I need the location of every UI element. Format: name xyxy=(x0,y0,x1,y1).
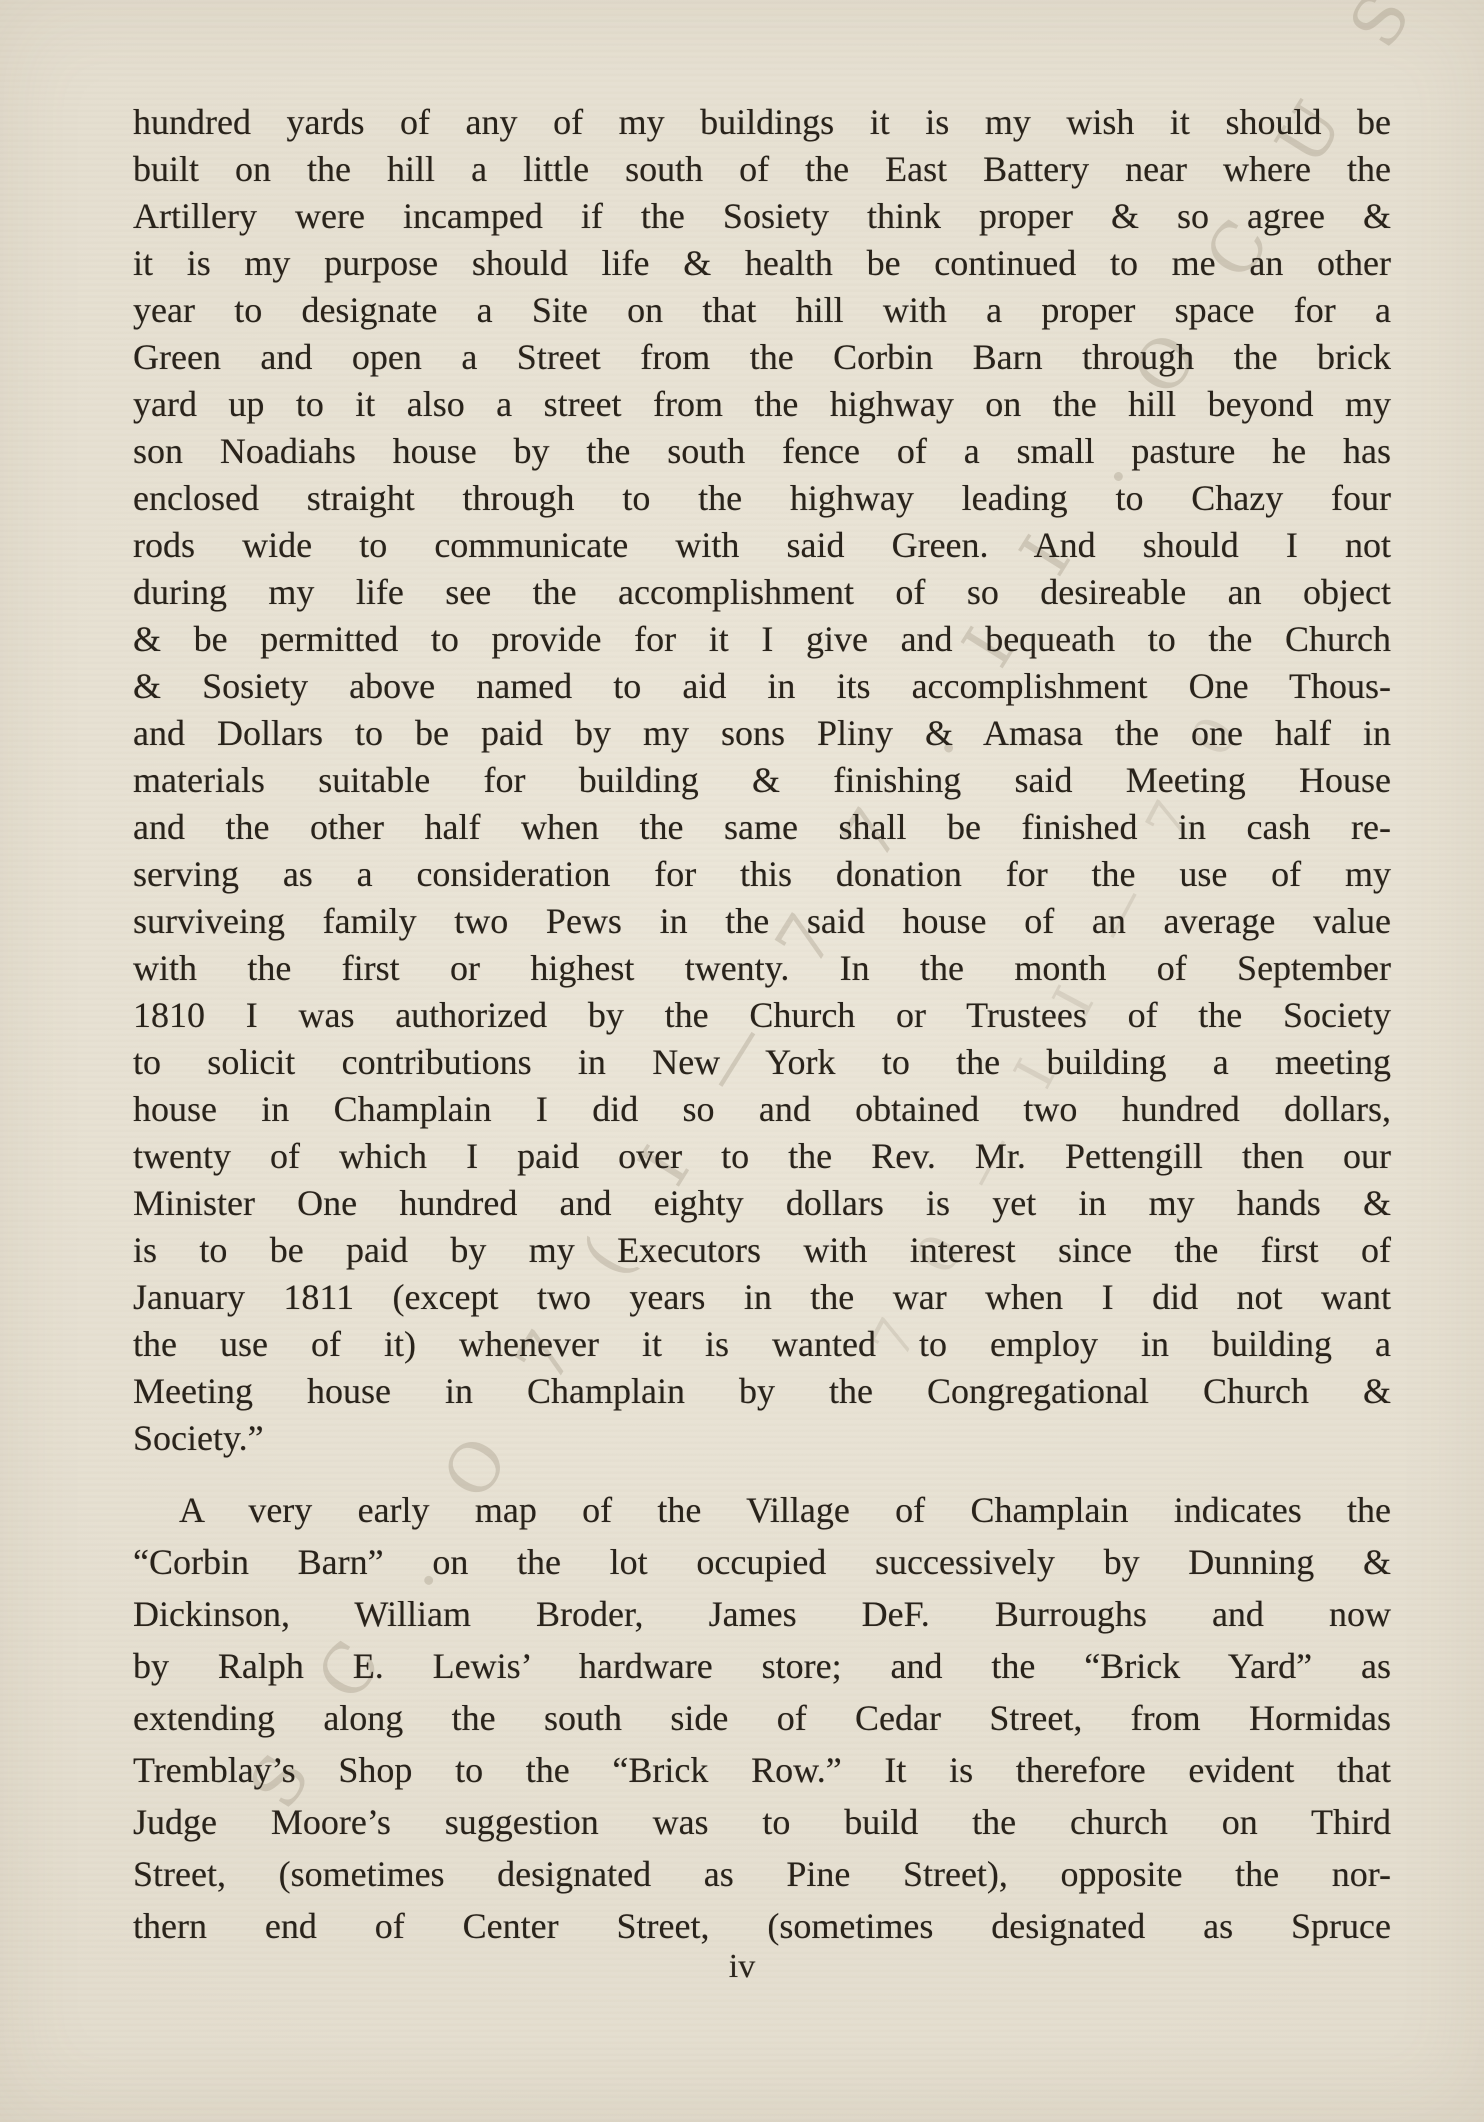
text-line: serving as a consideration for this dona… xyxy=(133,851,1391,898)
text-line: Judge Moore’s suggestion was to build th… xyxy=(133,1796,1391,1848)
text-line: during my life see the accomplishment of… xyxy=(133,569,1391,616)
book-page: S C . O 7 ( I — 7 7 . I I . O C U S 7 0 … xyxy=(0,0,1484,2122)
text-line: January 1811 (except two years in the wa… xyxy=(133,1274,1391,1321)
text-line: by Ralph E. Lewis’ hardware store; and t… xyxy=(133,1640,1391,1692)
text-line: surviveing family two Pews in the said h… xyxy=(133,898,1391,945)
text-line: 1810 I was authorized by the Church or T… xyxy=(133,992,1391,1039)
text-line: twenty of which I paid over to the Rev. … xyxy=(133,1133,1391,1180)
text-line: son Noadiahs house by the south fence of… xyxy=(133,428,1391,475)
text-line: materials suitable for building & finish… xyxy=(133,757,1391,804)
text-line: it is my purpose should life & health be… xyxy=(133,240,1391,287)
text-line: & Sosiety above named to aid in its acco… xyxy=(133,663,1391,710)
text-line: & be permitted to provide for it I give … xyxy=(133,616,1391,663)
text-line: A very early map of the Village of Champ… xyxy=(133,1484,1391,1536)
text-line: Green and open a Street from the Corbin … xyxy=(133,334,1391,381)
text-line: hundred yards of any of my buildings it … xyxy=(133,99,1391,146)
text-line: “Corbin Barn” on the lot occupied succes… xyxy=(133,1536,1391,1588)
text-line: Minister One hundred and eighty dollars … xyxy=(133,1180,1391,1227)
text-line: yard up to it also a street from the hig… xyxy=(133,381,1391,428)
text-line: to solicit contributions in New York to … xyxy=(133,1039,1391,1086)
text-line: Dickinson, William Broder, James DeF. Bu… xyxy=(133,1588,1391,1640)
text-line: rods wide to communicate with said Green… xyxy=(133,522,1391,569)
page-number: iv xyxy=(0,1948,1484,1986)
text-line: thern end of Center Street, (sometimes d… xyxy=(133,1900,1391,1952)
text-line: is to be paid by my Executors with inter… xyxy=(133,1227,1391,1274)
body-paragraph: A very early map of the Village of Champ… xyxy=(133,1484,1391,1952)
text-line: Meeting house in Champlain by the Congre… xyxy=(133,1368,1391,1415)
text-line: Street, (sometimes designated as Pine St… xyxy=(133,1848,1391,1900)
text-line: and Dollars to be paid by my sons Pliny … xyxy=(133,710,1391,757)
will-quote-paragraph: hundred yards of any of my buildings it … xyxy=(133,99,1391,1462)
text-line: house in Champlain I did so and obtained… xyxy=(133,1086,1391,1133)
text-line: Tremblay’s Shop to the “Brick Row.” It i… xyxy=(133,1744,1391,1796)
text-line: Artillery were incamped if the Sosiety t… xyxy=(133,193,1391,240)
text-line: year to designate a Site on that hill wi… xyxy=(133,287,1391,334)
text-line: extending along the south side of Cedar … xyxy=(133,1692,1391,1744)
text-line: the use of it) whenever it is wanted to … xyxy=(133,1321,1391,1368)
text-line: with the first or highest twenty. In the… xyxy=(133,945,1391,992)
text-line: and the other half when the same shall b… xyxy=(133,804,1391,851)
text-line: built on the hill a little south of the … xyxy=(133,146,1391,193)
text-block: hundred yards of any of my buildings it … xyxy=(133,99,1391,1952)
text-line: enclosed straight through to the highway… xyxy=(133,475,1391,522)
text-line: Society.” xyxy=(133,1415,1391,1462)
